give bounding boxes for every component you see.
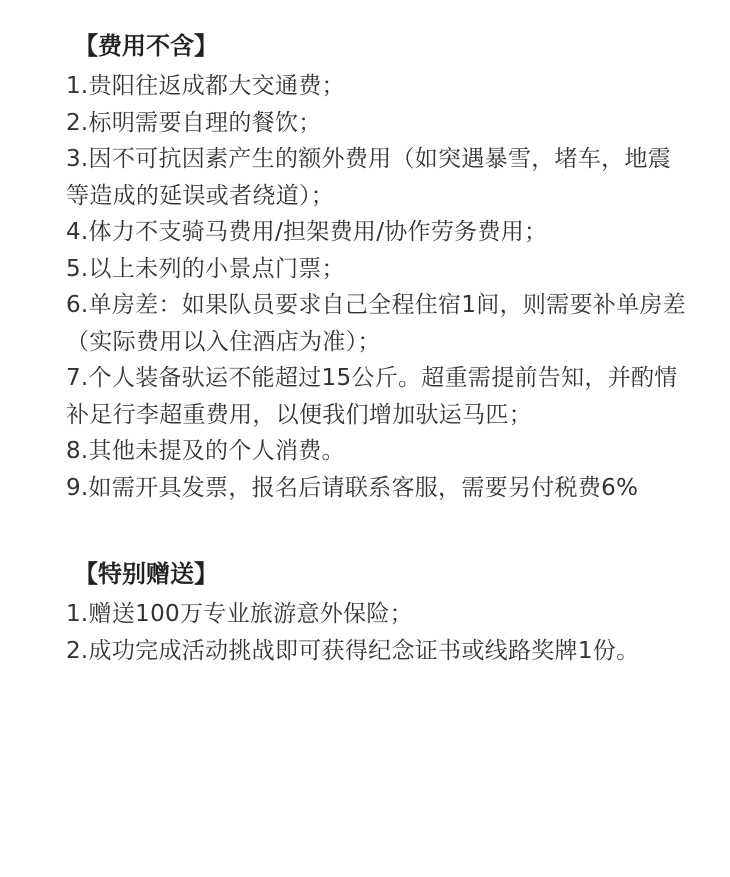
list-item: 5.以上未列的小景点门票； [66, 251, 686, 288]
list-item: 8.其他未提及的个人消费。 [66, 433, 686, 470]
list-item: 7.个人装备驮运不能超过15公斤。超重需提前告知，并酌情补足行李超重费用，以便我… [66, 360, 686, 433]
document-body: 【费用不含】 1.贵阳往返成都大交通费； 2.标明需要自理的餐饮； 3.因不可抗… [0, 0, 686, 669]
section-spacer [66, 506, 686, 554]
list-item: 9.如需开具发票，报名后请联系客服，需要另付税费6% [66, 470, 686, 507]
section-heading: 【费用不含】 [74, 26, 686, 68]
section-heading: 【特别赠送】 [74, 554, 686, 596]
list-item: 3.因不可抗因素产生的额外费用（如突遇暴雪，堵车，地震等造成的延误或者绕道）； [66, 141, 686, 214]
list-item: 6.单房差：如果队员要求自己全程住宿1间，则需要补单房差（实际费用以入住酒店为准… [66, 287, 686, 360]
list-item: 4.体力不支骑马费用/担架费用/协作劳务费用； [66, 214, 686, 251]
section-special-gifts: 【特别赠送】 1.赠送100万专业旅游意外保险； 2.成功完成活动挑战即可获得纪… [66, 554, 686, 669]
list-item: 1.贵阳往返成都大交通费； [66, 68, 686, 105]
list-item: 2.成功完成活动挑战即可获得纪念证书或线路奖牌1份。 [66, 633, 686, 670]
list-item: 1.赠送100万专业旅游意外保险； [66, 596, 686, 633]
section-fees-excluded: 【费用不含】 1.贵阳往返成都大交通费； 2.标明需要自理的餐饮； 3.因不可抗… [66, 26, 686, 506]
list-item: 2.标明需要自理的餐饮； [66, 105, 686, 142]
